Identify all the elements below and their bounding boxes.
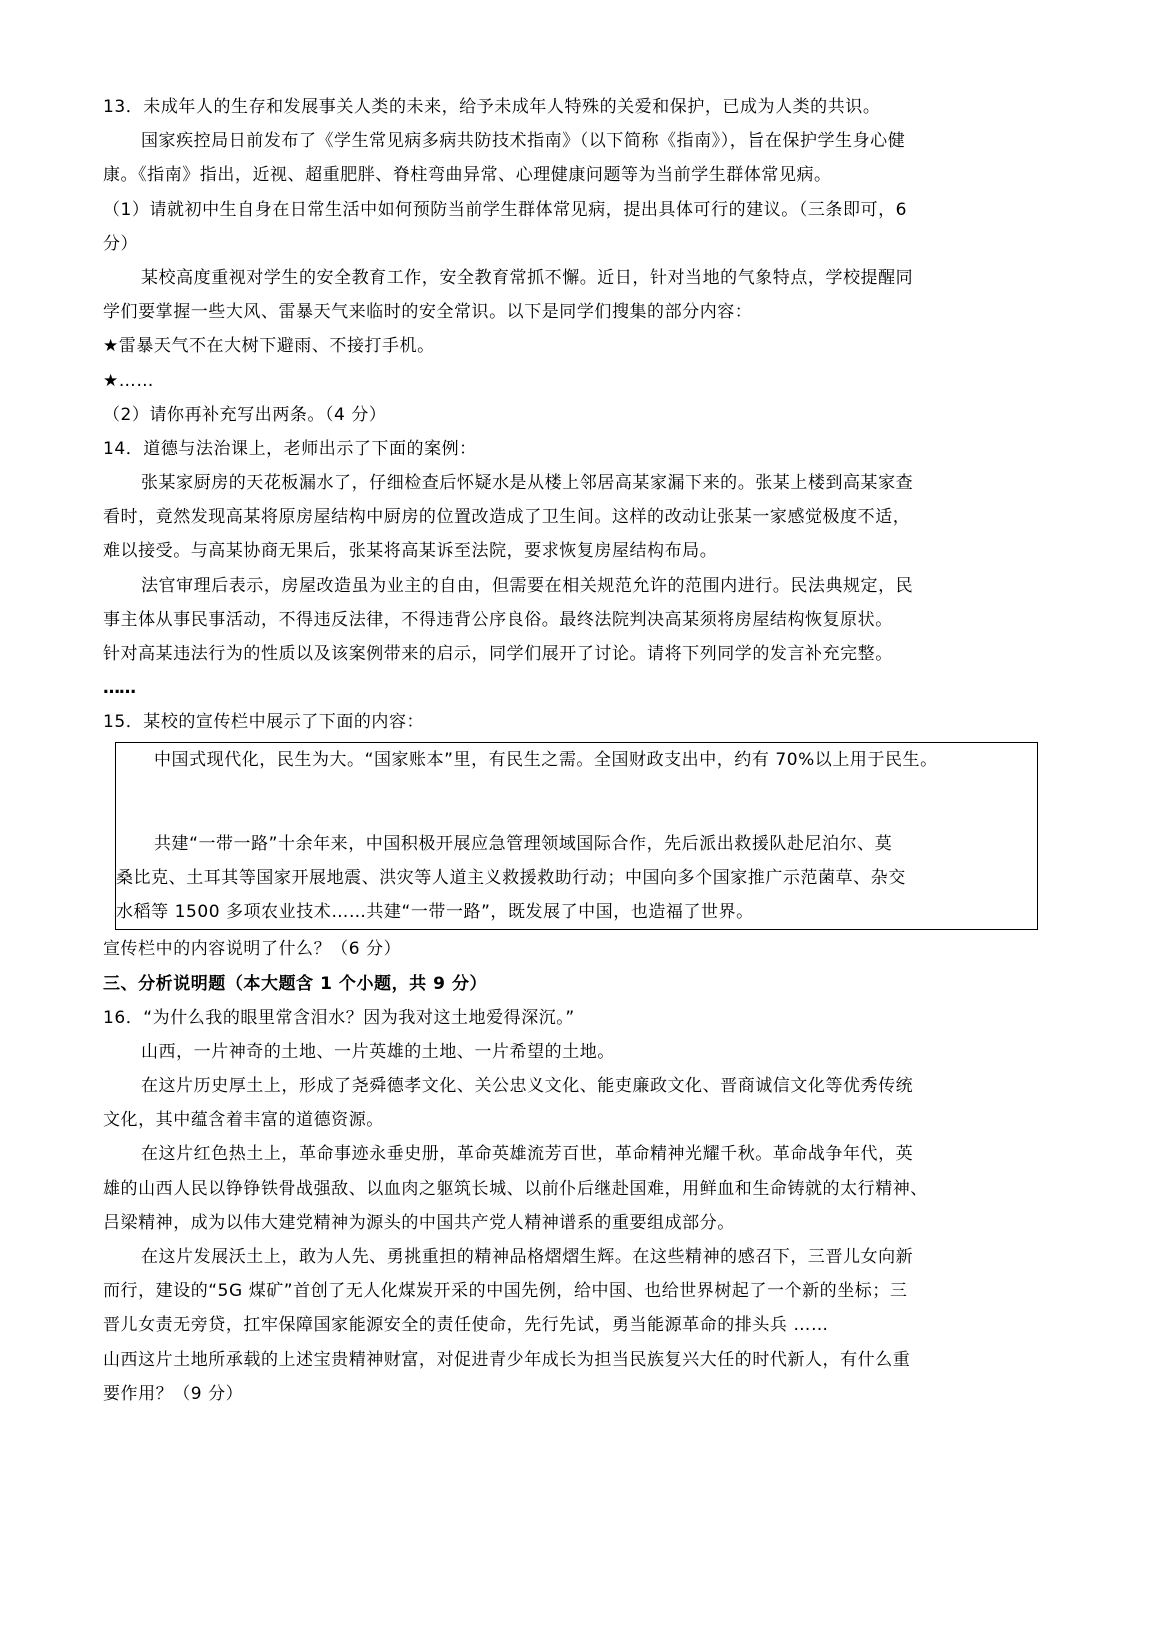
question-14-prompt: 针对高某违法行为的性质以及该案例带来的启示，同学们展开了讨论。请将下列同学的发言… (103, 637, 1043, 671)
question-13-subquestion-1: 分） (103, 227, 1043, 261)
bulletin-paragraph: 桑比克、土耳其等国家开展地震、洪灾等人道主义救援救助行动；中国向多个国家推广示范… (104, 861, 1037, 895)
question-16-paragraph: 在这片历史厚土上，形成了尧舜德孝文化、关公忠义文化、能吏廉政文化、晋商诚信文化等… (103, 1069, 1043, 1103)
question-15: 15．某校的宣传栏中展示了下面的内容： 中国式现代化，民生为大。“国家账本”里，… (103, 705, 1043, 966)
question-14: 14．道德与法治课上，老师出示了下面的案例： 张某家厨房的天花板漏水了，仔细检查… (103, 432, 1043, 706)
question-16-paragraph: 吕梁精神，成为以伟大建党精神为源头的中国共产党人精神谱系的重要组成部分。 (103, 1206, 1043, 1240)
question-13: 13．未成年人的生存和发展事关人类的未来，给予未成年人特殊的关爱和保护，已成为人… (103, 90, 1043, 432)
exam-page: 13．未成年人的生存和发展事关人类的未来，给予未成年人特殊的关爱和保护，已成为人… (103, 90, 1043, 1411)
question-16-paragraph: 山西，一片神奇的土地、一片英雄的土地、一片希望的土地。 (103, 1035, 1043, 1069)
question-14-stem: 14．道德与法治课上，老师出示了下面的案例： (103, 432, 1043, 466)
question-13-paragraph: 康。《指南》指出，近视、超重肥胖、脊柱弯曲异常、心理健康问题等为当前学生群体常见… (103, 158, 1043, 192)
blank-space (116, 777, 1037, 827)
question-15-prompt: 宣传栏中的内容说明了什么？（6 分） (103, 932, 1043, 966)
question-16: 16．“为什么我的眼里常含泪水？因为我对这土地爱得深沉。” 山西，一片神奇的土地… (103, 1001, 1043, 1411)
question-16-paragraph: 晋儿女责无旁贷，扛牢保障国家能源安全的责任使命，先行先试，勇当能源革命的排头兵 … (103, 1308, 1043, 1342)
question-14-case-paragraph: 看时，竟然发现高某将原房屋结构中厨房的位置改造成了卫生间。这样的改动让张某一家感… (103, 500, 1043, 534)
question-15-stem: 15．某校的宣传栏中展示了下面的内容： (103, 705, 1043, 739)
question-14-case-paragraph: 张某家厨房的天花板漏水了，仔细检查后怀疑水是从楼上邻居高某家漏下来的。张某上楼到… (103, 466, 1043, 500)
question-16-paragraph: 而行，建设的“5G 煤矿”首创了无人化煤炭开采的中国先例，给中国、也给世界树起了… (103, 1274, 1043, 1308)
question-13-subquestion-1: （1）请就初中生自身在日常生活中如何预防当前学生群体常见病，提出具体可行的建议。… (103, 193, 1043, 227)
question-16-prompt: 要作用？（9 分） (103, 1377, 1043, 1411)
bulletin-paragraph: 中国式现代化，民生为大。“国家账本”里，有民生之需。全国财政支出中，约有 70%… (104, 743, 1037, 777)
question-16-paragraph: 雄的山西人民以铮铮铁骨战强敌、以血肉之躯筑长城、以前仆后继赴国难，用鲜血和生命铸… (103, 1172, 1043, 1206)
ellipsis: …… (103, 671, 1043, 705)
question-14-case-paragraph: 法官审理后表示，房屋改造虽为业主的自由，但需要在相关规范允许的范围内进行。民法典… (103, 569, 1043, 603)
bulletin-paragraph: 共建“一带一路”十余年来，中国积极开展应急管理领域国际合作，先后派出救援队赴尼泊… (104, 827, 1037, 861)
question-16-paragraph: 文化，其中蕴含着丰富的道德资源。 (103, 1103, 1043, 1137)
question-16-stem: 16．“为什么我的眼里常含泪水？因为我对这土地爱得深沉。” (103, 1001, 1043, 1035)
question-13-paragraph: 学们要掌握一些大风、雷暴天气来临时的安全常识。以下是同学们搜集的部分内容： (103, 295, 1043, 329)
question-13-subquestion-2: （2）请你再补充写出两条。（4 分） (103, 398, 1043, 432)
question-16-paragraph: 在这片红色热土上，革命事迹永垂史册，革命英雄流芳百世，革命精神光耀千秋。革命战争… (103, 1137, 1043, 1171)
bulletin-paragraph: 水稻等 1500 多项农业技术……共建“一带一路”，既发展了中国，也造福了世界。 (104, 895, 1037, 929)
question-13-paragraph: 某校高度重视对学生的安全教育工作，安全教育常抓不懈。近日，针对当地的气象特点，学… (103, 261, 1043, 295)
question-14-case-paragraph: 事主体从事民事活动，不得违反法律，不得违背公序良俗。最终法院判决高某须将房屋结构… (103, 603, 1043, 637)
question-13-stem: 13．未成年人的生存和发展事关人类的未来，给予未成年人特殊的关爱和保护，已成为人… (103, 90, 1043, 124)
question-16-prompt: 山西这片土地所承载的上述宝贵精神财富，对促进青少年成长为担当民族复兴大任的时代新… (103, 1343, 1043, 1377)
bulletin-board-box: 中国式现代化，民生为大。“国家账本”里，有民生之需。全国财政支出中，约有 70%… (115, 742, 1038, 931)
section-3-heading: 三、分析说明题（本大题含 1 个小题，共 9 分） (103, 967, 1043, 1001)
question-16-paragraph: 在这片发展沃土上，敢为人先、勇挑重担的精神品格熠熠生辉。在这些精神的感召下，三晋… (103, 1240, 1043, 1274)
question-13-paragraph: 国家疾控局日前发布了《学生常见病多病共防技术指南》（以下简称《指南》），旨在保护… (103, 124, 1043, 158)
star-bullet-item: ★雷暴天气不在大树下避雨、不接打手机。 (103, 329, 1043, 363)
question-14-case-paragraph: 难以接受。与高某协商无果后，张某将高某诉至法院，要求恢复房屋结构布局。 (103, 534, 1043, 568)
star-bullet-item: ★…… (103, 364, 1043, 398)
